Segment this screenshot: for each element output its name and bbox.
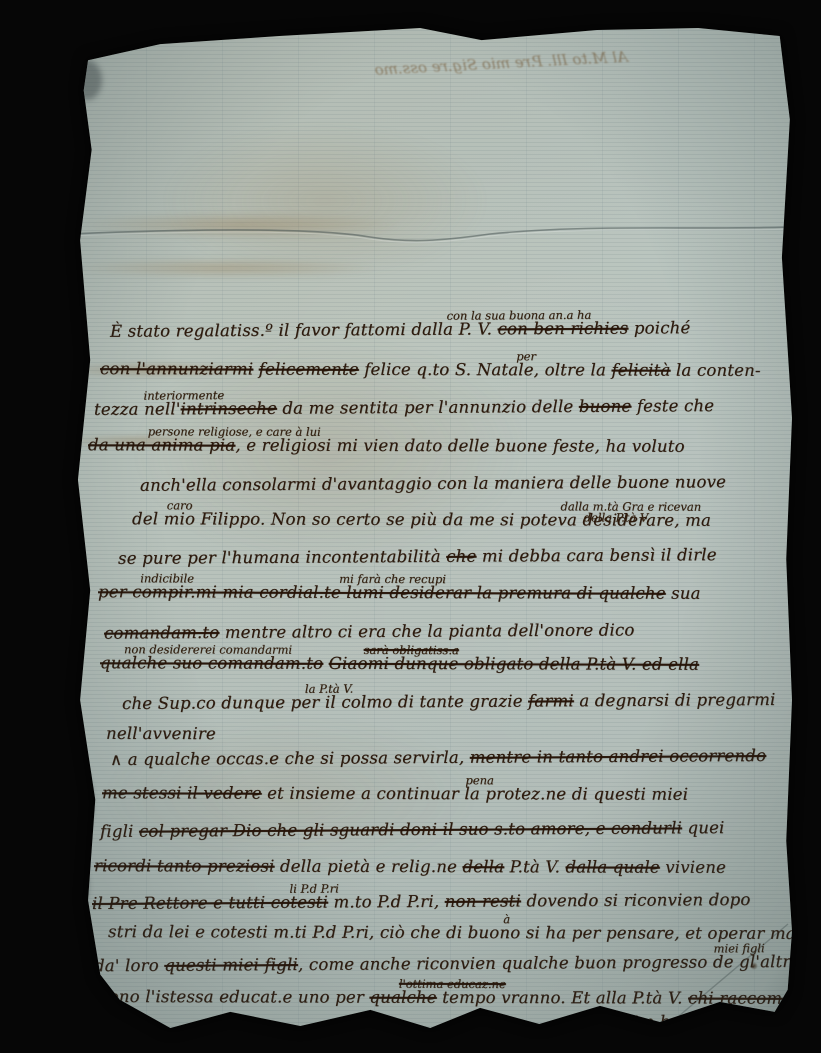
struck-text: buone	[579, 397, 632, 416]
struck-text: non resti	[445, 891, 521, 910]
struck-text: me stessi il vedere	[102, 783, 262, 802]
manuscript-line: àstri da lei e cotesti m.ti P.d P.ri, ci…	[108, 922, 801, 944]
manuscript-line: carodalla m.tà Gra e ricevandella P.tà V…	[132, 509, 711, 531]
manuscript-line: se pure per l'humana incontentabilità ch…	[118, 545, 717, 569]
handwritten-text: dovendo si riconvien dopo	[521, 890, 751, 910]
manuscript-line: rimettim b. umilm.te le mani	[580, 1011, 821, 1033]
manuscript-line: indicibilemi farà che recupiper compir.m…	[98, 582, 701, 604]
handwritten-text: figli	[100, 822, 139, 841]
interlinear-insertion: miei figli	[713, 938, 764, 958]
interlinear-insertion: persone religiose, e care à lui	[148, 421, 321, 441]
struck-text: con l'annunziarmi	[100, 359, 253, 378]
manuscript-line: figli col pregar Dio che gli sguardi don…	[100, 818, 725, 842]
struck-text: chi raccomandò mi	[688, 989, 821, 1008]
struck-text: che	[446, 547, 476, 566]
handwritten-text: feste che	[631, 396, 714, 416]
handwritten-text: a degnarsi di pregarmi	[574, 690, 776, 710]
handwritten-text: da' loro	[94, 956, 164, 975]
handwritten-text: la conten-	[670, 361, 760, 380]
interlinear-insertion: non desidererei comandarmi	[124, 639, 292, 659]
interlinear-insertion: interiormente	[143, 385, 224, 405]
handwritten-text: ∧ a qualche occas.e che si possa servirl…	[110, 748, 470, 769]
manuscript-line: con la sua buona an.a haÈ stato regalati…	[110, 318, 691, 342]
manuscript-line: anch'ella consolarmi d'avantaggio con la…	[140, 472, 726, 496]
manuscript-line: la P.tà V.che Sup.co dunque per il colmo…	[122, 690, 776, 714]
interlinear-insertion: pena	[465, 770, 493, 790]
manuscript-line: nell'avvenire	[106, 724, 216, 744]
struck-text: dalla quale	[565, 857, 659, 876]
text-layer: con la sua buona an.a haÈ stato regalati…	[70, 26, 792, 1032]
handwritten-text: sua	[666, 584, 701, 603]
interlinear-insertion: li P.d P.ri	[289, 879, 338, 899]
manuscript-line: non desidererei comandarmisarà obligatis…	[100, 653, 699, 675]
manuscript-line: pename stessi il vedere et insieme a con…	[102, 783, 688, 805]
paper-sheet: Al M.to Ill. P.re mio Sig.re oss.mo con …	[70, 26, 792, 1032]
handwritten-text: viviene	[660, 858, 726, 877]
handwritten-text: anch'ella consolarmi d'avantaggio con la…	[140, 472, 726, 495]
manuscript-line: l'ottima educaz.nesono l'istessa educat.…	[100, 987, 821, 1009]
edge-smudge	[68, 864, 88, 908]
manuscript-line: persone religiose, e care à luida una an…	[88, 435, 685, 457]
handwritten-text: della pietà e relig.ne	[274, 857, 462, 876]
manuscript-line: percon l'annunziarmi felicemente felice …	[100, 359, 761, 381]
handwritten-text: nell'avvenire	[106, 724, 216, 743]
handwritten-text: mi debba cara bensì il dirle	[476, 545, 716, 565]
handwritten-text: se pure per l'humana incontentabilità	[118, 547, 446, 568]
interlinear-insertion: caro	[167, 495, 193, 515]
interlinear-insertion: à	[503, 909, 510, 929]
interlinear-insertion: la P.tà V.	[305, 679, 353, 699]
photograph-background: { "scene": { "background_color": "#06060…	[0, 0, 821, 1053]
manuscript-line: li P.d P.riil Pre Rettore e tutti cotest…	[92, 890, 751, 914]
struck-text: felicemente	[259, 360, 359, 379]
handwritten-text: mentre altro ci era che la pianta dell'o…	[219, 620, 634, 642]
interlinear-insertion: sarà obligatiss.a	[364, 640, 459, 660]
struck-text: della	[462, 857, 504, 876]
interlinear-insertion: l'ottima educaz.ne	[399, 974, 506, 994]
struck-text: felicità	[611, 360, 670, 379]
edge-smudge	[66, 768, 92, 838]
handwritten-text: stri da lei e cotesti m.ti P.d P.ri, ciò…	[108, 922, 801, 943]
handwritten-text: P.tà V.	[504, 857, 565, 876]
struck-text: col pregar Dio che gli sguardi doni il s…	[139, 818, 682, 840]
manuscript-line: miei figlida' loro questi miei figli, co…	[94, 952, 821, 977]
struck-text: questi miei figli	[164, 955, 298, 975]
handwritten-text: m.to P.d P.ri,	[328, 892, 445, 912]
struck-text: ricordi tanto preziosi	[94, 856, 275, 875]
manuscript-line: interiormentetezza nell'intrinseche da m…	[94, 396, 714, 420]
manuscript-line: ∧ a qualche occas.e che si possa servirl…	[110, 746, 766, 770]
struck-text: rimettim	[580, 1012, 654, 1031]
handwritten-text: quei	[682, 818, 725, 837]
handwritten-text: poiché	[628, 318, 690, 337]
struck-text: farmi	[528, 691, 574, 710]
handwritten-text: b. umilm.te le mani	[654, 1011, 821, 1031]
interlinear-insertion: indicibile	[140, 568, 194, 588]
struck-text: mentre in tanto andrei occorrendo	[470, 746, 767, 767]
handwritten-text: sono l'istessa educat.e uno per	[100, 987, 369, 1007]
handwritten-text: È stato regalatiss.º il favor fattomi da…	[110, 319, 498, 340]
interlinear-insertion: per	[516, 346, 536, 366]
interlinear-insertion: della P.tà V.	[584, 507, 650, 527]
manuscript-line: ricordi tanto preziosi della pietà e rel…	[94, 856, 726, 878]
handwritten-text: da me sentita per l'annunzio delle	[277, 397, 579, 418]
interlinear-insertion: con la sua buona an.a ha	[446, 305, 591, 326]
interlinear-insertion: mi farà che recupi	[339, 569, 446, 589]
handwritten-text: felice q.to S. Natale, oltre la	[359, 360, 612, 380]
manuscript-page: Al M.to Ill. P.re mio Sig.re oss.mo con …	[70, 26, 792, 1032]
